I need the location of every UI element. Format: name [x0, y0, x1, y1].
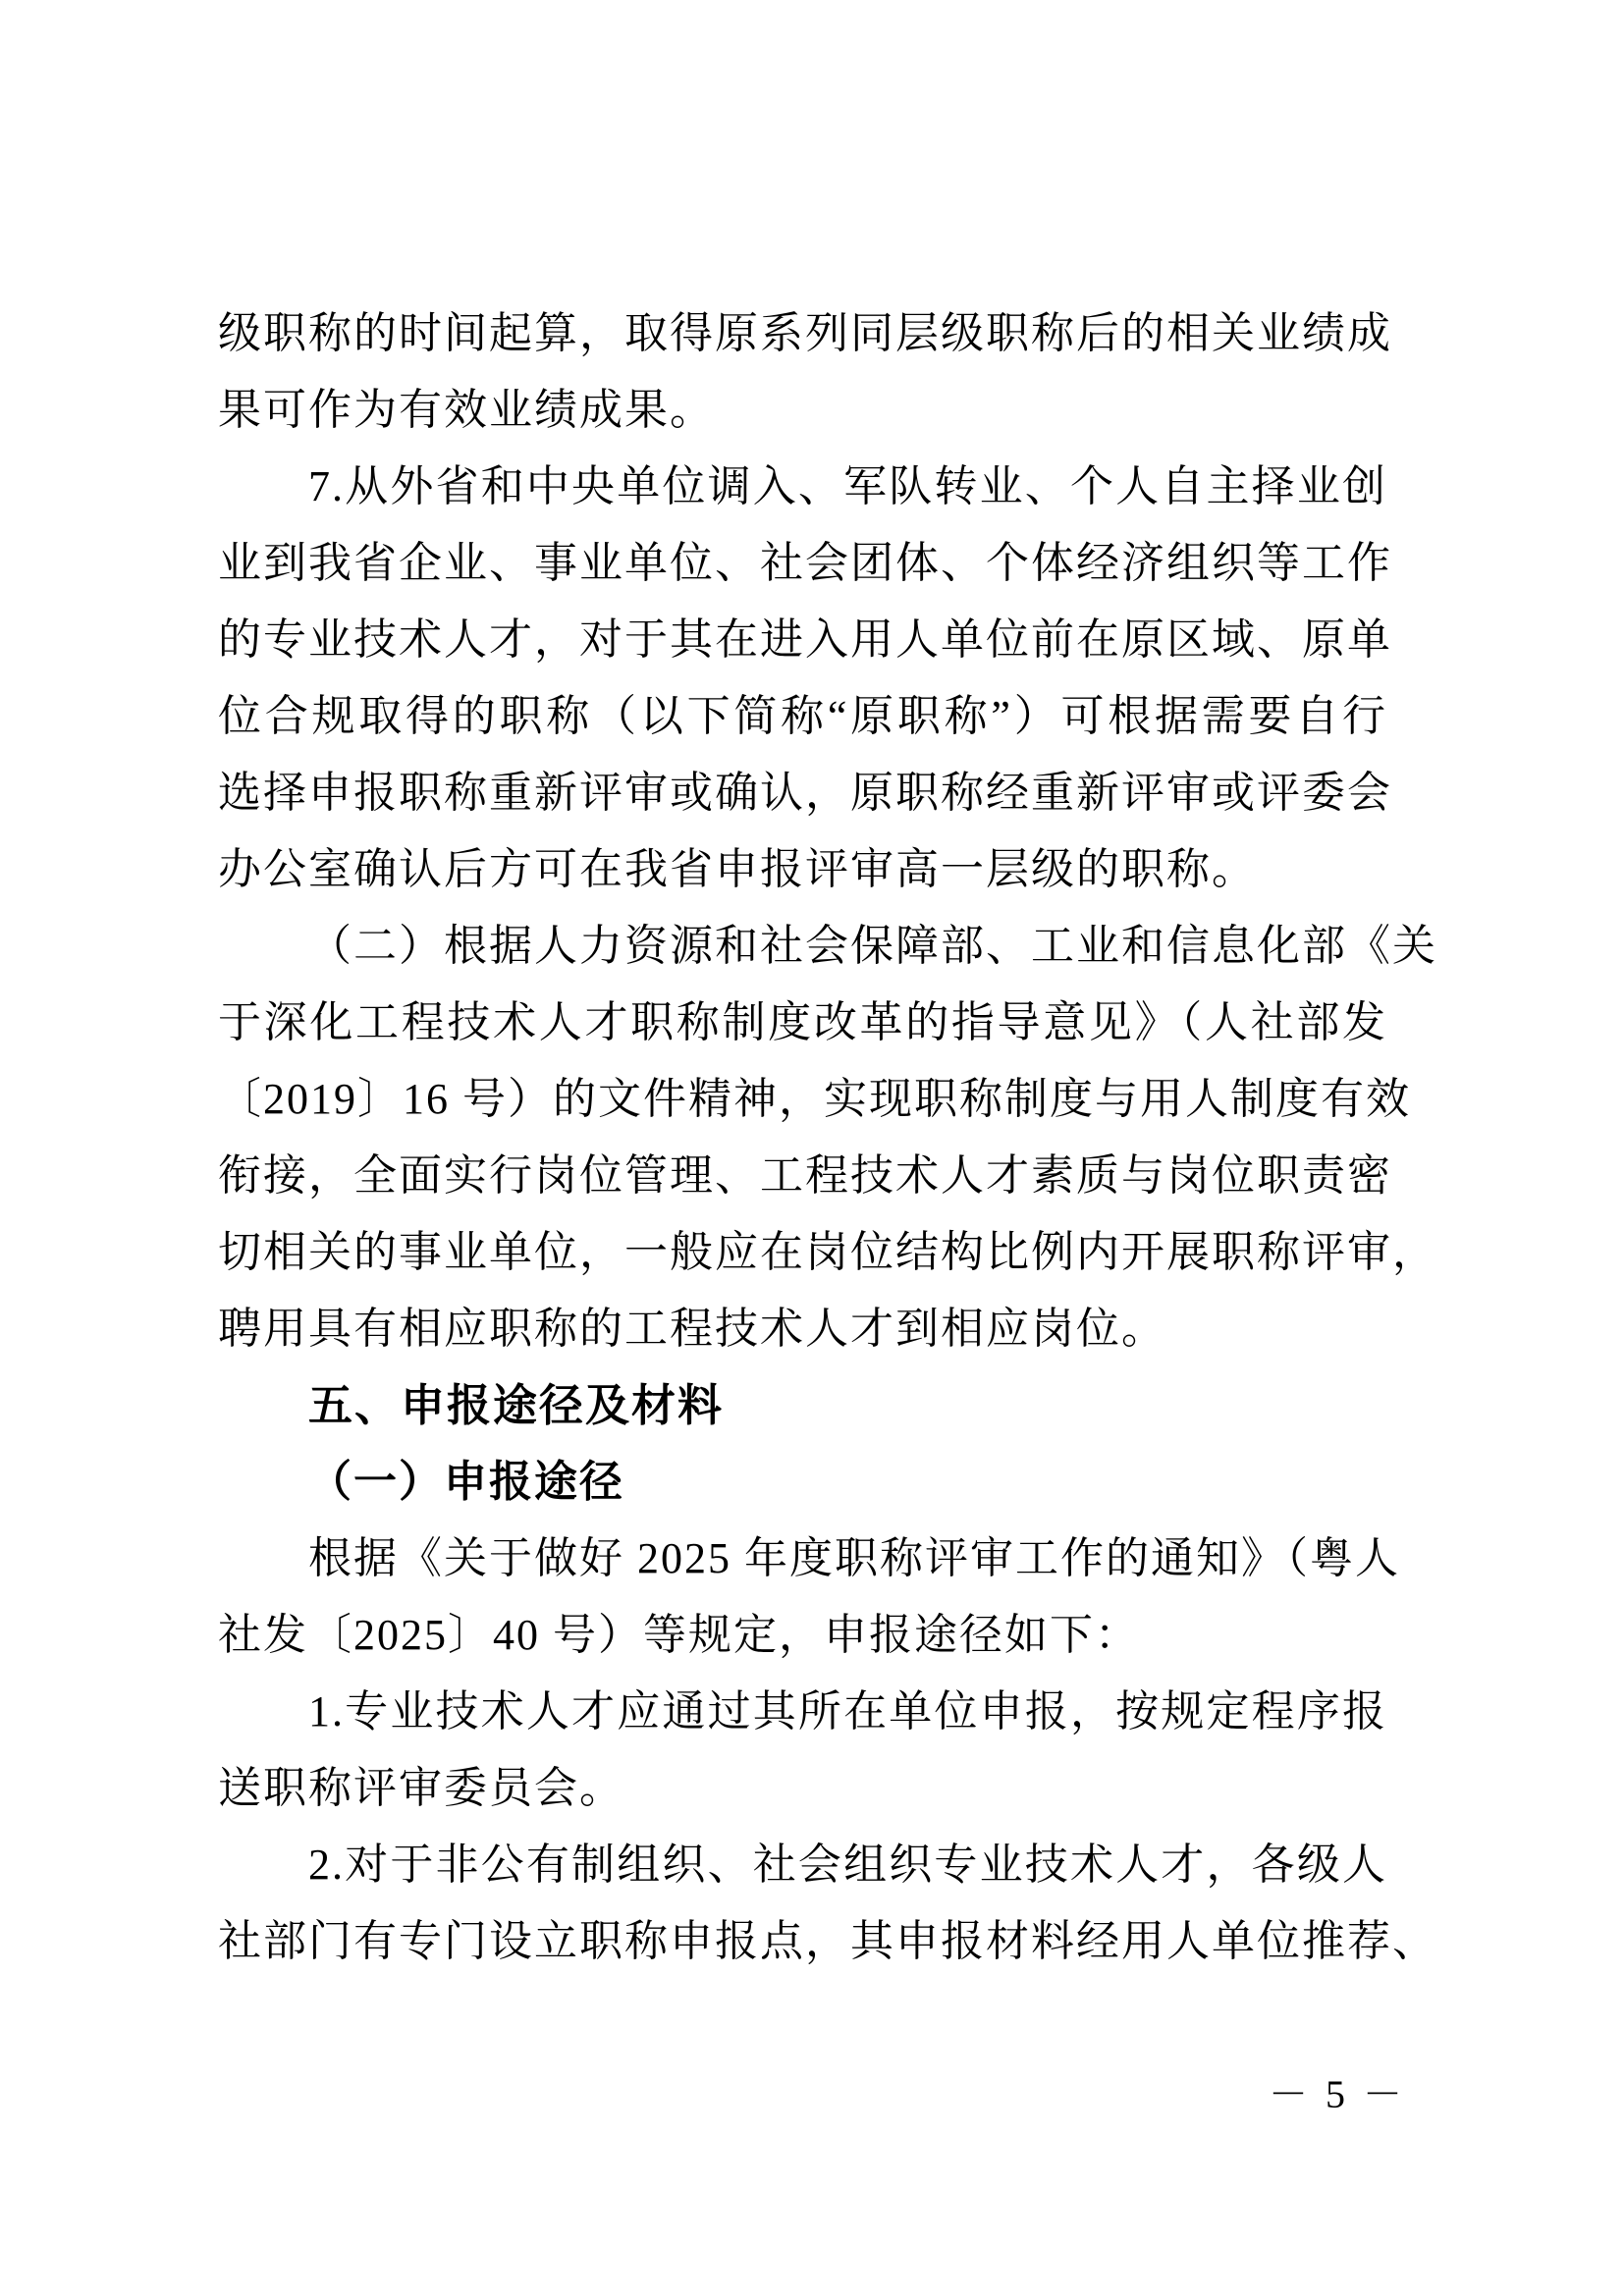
body-line: 选择申报职称重新评审或确认，原职称经重新评审或评委会	[218, 755, 1387, 831]
body-line: 业到我省企业、事业单位、社会团体、个体经济组织等工作	[218, 525, 1387, 602]
document-body: 级职称的时间起算，取得原系列同层级职称后的相关业绩成 果可作为有效业绩成果。 7…	[218, 295, 1387, 1980]
body-line: 于深化工程技术人才职称制度改革的指导意见》（人社部发	[218, 985, 1387, 1061]
body-line: 1.专业技术人才应通过其所在单位申报，按规定程序报	[218, 1674, 1387, 1750]
body-line: 聘用具有相应职称的工程技术人才到相应岗位。	[218, 1291, 1387, 1367]
body-line: 级职称的时间起算，取得原系列同层级职称后的相关业绩成	[218, 295, 1387, 372]
section-heading: 五、申报途径及材料	[218, 1367, 1387, 1444]
body-line: 2.对于非公有制组织、社会组织专业技术人才，各级人	[218, 1827, 1387, 1903]
body-line: 7.从外省和中央单位调入、军队转业、个人自主择业创	[218, 449, 1387, 525]
body-line: 位合规取得的职称（以下简称“原职称”）可根据需要自行	[218, 678, 1387, 755]
body-line: 果可作为有效业绩成果。	[218, 372, 1387, 449]
body-line: （二）根据人力资源和社会保障部、工业和信息化部《关	[218, 908, 1387, 985]
body-line: 根据《关于做好 2025 年度职称评审工作的通知》（粤人	[218, 1521, 1387, 1597]
subsection-heading: （一）申报途径	[218, 1444, 1387, 1521]
body-line: 切相关的事业单位，一般应在岗位结构比例内开展职称评审，	[218, 1214, 1387, 1291]
body-line: 社发〔2025〕40 号）等规定，申报途径如下：	[218, 1597, 1387, 1674]
body-line: 办公室确认后方可在我省申报评审高一层级的职称。	[218, 831, 1387, 908]
page-number: － 5 －	[1269, 2073, 1406, 2116]
body-line: 的专业技术人才，对于其在进入用人单位前在原区域、原单	[218, 602, 1387, 678]
body-line: 送职称评审委员会。	[218, 1750, 1387, 1827]
body-line: 衔接，全面实行岗位管理、工程技术人才素质与岗位职责密	[218, 1138, 1387, 1214]
body-line: 社部门有专门设立职称申报点，其申报材料经用人单位推荐、	[218, 1903, 1387, 1980]
document-page: 级职称的时间起算，取得原系列同层级职称后的相关业绩成 果可作为有效业绩成果。 7…	[0, 0, 1624, 2296]
body-line: 〔2019〕16 号）的文件精神，实现职称制度与用人制度有效	[218, 1061, 1387, 1138]
